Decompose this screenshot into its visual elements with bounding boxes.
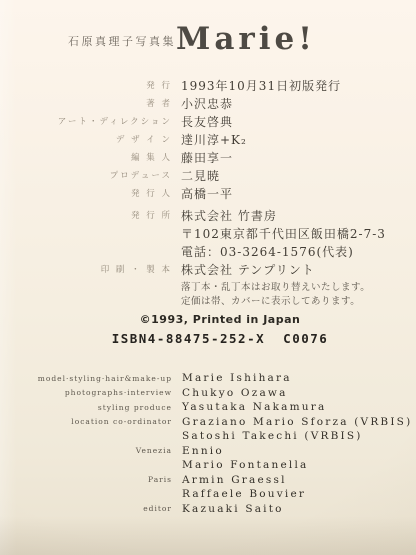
credit-value: 藤田享一 [181,149,233,166]
publisher-rows: 発 行 所 株式会社 竹書房 〒102東京都千代田区飯田橋2-7-3 電話：03… [0,206,416,278]
colophon-row: アート・ディレクション 長友啓典 [0,112,416,130]
series-title: 石原真理子写真集 [68,33,176,55]
credit-value: Raffaele Bouvier [182,488,306,500]
english-credit-row: Raffaele Bouvier [0,487,416,502]
credit-value: Yasutaka Nakamura [182,401,326,413]
credit-label: デ ザ イ ン [0,133,172,145]
colophon-row: 著 者 小沢忠恭 [0,94,416,112]
credit-label: 発 行 人 [0,187,172,199]
isbn-line: ISBN4-88475-252-X C0076 [20,331,416,346]
credit-value: 二見暁 [181,167,220,184]
colophon-row: 編 集 人 藤田享一 [0,148,416,166]
credit-label: 編 集 人 [0,151,172,163]
publisher-row: 印 刷 ・ 製 本 株式会社 テンプリント [0,260,416,278]
printer-value: 株式会社 テンプリント [181,261,315,278]
credit-value: Satoshi Takechi (VRBIS) [182,430,363,442]
colophon-row: デ ザ イ ン 達川淳+K₂ [0,130,416,148]
credit-label: 印 刷 ・ 製 本 [0,263,172,275]
book-title: Marie! [176,24,316,55]
colophon-notes: 落丁本・乱丁本はお取り替えいたします。 定価は帯、カバーに表示してあります。 [181,281,370,308]
publisher-row: 電話：03-3264-1576(代表) [0,242,416,260]
credit-value: 1993年10月31日初版発行 [181,77,341,94]
credit-label: model·styling·hair&make-up [0,374,172,383]
credit-label: photographs·interview [0,388,172,397]
credit-value: 達川淳+K₂ [181,131,247,148]
credit-value: Graziano Mario Sforza (VRBIS) [182,416,412,428]
credit-value: Marie Ishihara [182,372,292,384]
credit-label: プロデュース [0,169,172,181]
credit-label: アート・ディレクション [0,115,172,127]
title-block: 石原真理子写真集 Marie! [68,24,316,55]
book-colophon-page: { "page": { "series_title": "石原真理子写真集", … [0,0,416,555]
publisher-phone: 電話：03-3264-1576(代表) [181,243,354,260]
english-credit-row: location co-ordinator Graziano Mario Sfo… [0,415,416,430]
english-credit-row: photographs·interview Chukyo Ozawa [0,386,416,401]
english-credit-row: Paris Armin Graessl [0,473,416,488]
english-credit-row: Mario Fontanella [0,458,416,473]
credit-label: styling produce [0,403,172,412]
credit-label: 著 者 [0,97,172,109]
credit-value: 高橋一平 [181,185,233,202]
colophon-credit-rows: 発 行 1993年10月31日初版発行 著 者 小沢忠恭 アート・ディレクション… [0,76,416,202]
english-credit-row: styling produce Yasutaka Nakamura [0,400,416,415]
english-credit-row: model·styling·hair&make-up Marie Ishihar… [0,371,416,386]
credit-value: 小沢忠恭 [181,95,233,112]
copyright-line: ©1993, Printed in Japan [20,313,416,326]
publisher-row: 発 行 所 株式会社 竹書房 [0,206,416,224]
english-credit-row: editor Kazuaki Saito [0,502,416,517]
credit-label: Paris [0,475,172,484]
credit-value: Armin Graessl [182,474,287,486]
credit-value: 株式会社 竹書房 [181,207,277,224]
credit-label: 発 行 所 [0,209,172,221]
english-credit-row: Venezia Ennio [0,444,416,459]
publisher-address: 〒102東京都千代田区飯田橋2-7-3 [181,225,386,242]
note-line: 落丁本・乱丁本はお取り替えいたします。 [181,281,370,295]
colophon-row: 発 行 1993年10月31日初版発行 [0,76,416,94]
credit-value: Mario Fontanella [182,459,308,471]
credit-value: Kazuaki Saito [182,503,284,515]
credit-value: 長友啓典 [181,113,233,130]
copyright-isbn-block: ©1993, Printed in Japan ISBN4-88475-252-… [20,313,416,346]
credit-label: location co-ordinator [0,417,172,426]
credit-value: Chukyo Ozawa [182,387,288,399]
credit-label: editor [0,504,172,513]
note-line: 定価は帯、カバーに表示してあります。 [181,295,370,309]
credit-label: Venezia [0,446,172,455]
publisher-row: 〒102東京都千代田区飯田橋2-7-3 [0,224,416,242]
credit-value: Ennio [182,445,224,457]
credit-label: 発 行 [0,79,172,91]
english-credit-row: Satoshi Takechi (VRBIS) [0,429,416,444]
english-credit-rows: model·styling·hair&make-up Marie Ishihar… [0,371,416,516]
colophon-row: プロデュース 二見暁 [0,166,416,184]
colophon-row: 発 行 人 高橋一平 [0,184,416,202]
